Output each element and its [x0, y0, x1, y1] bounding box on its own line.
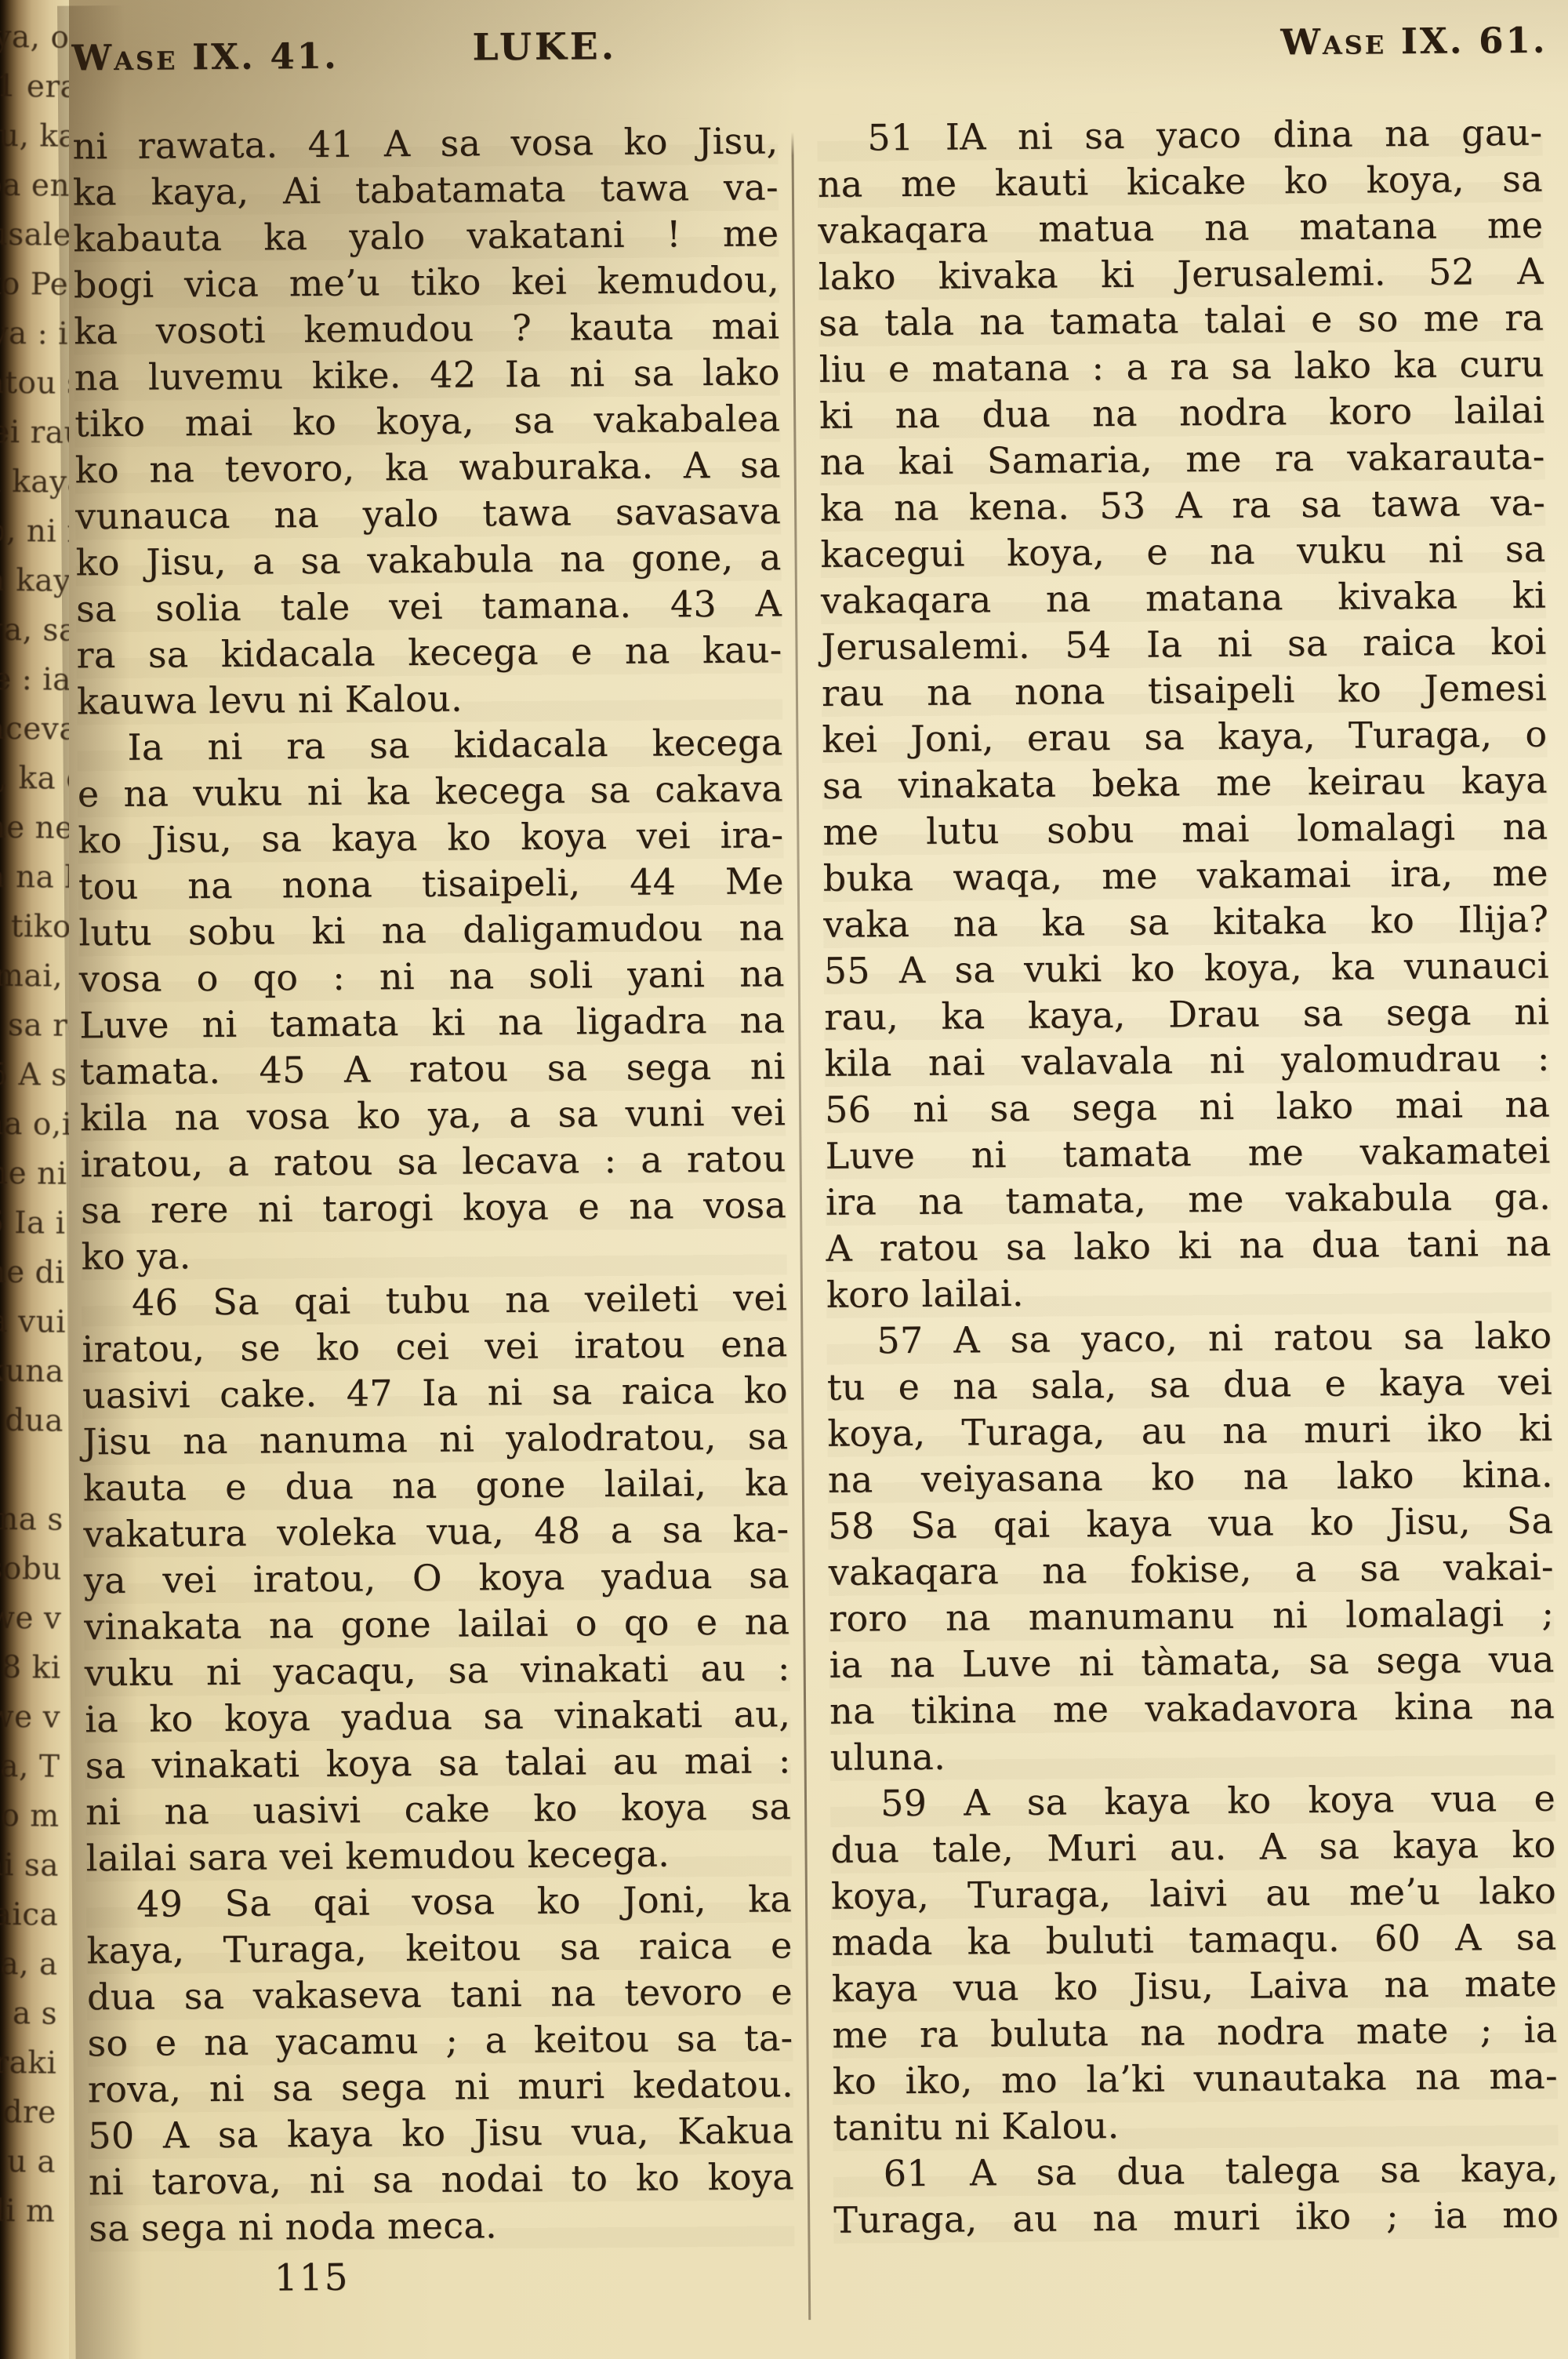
text-line: 61 A sa dua talega sa kaya, — [833, 2146, 1559, 2197]
gutter-fragment: raga, sa — [0, 605, 69, 656]
text-line: kei Joni, erau sa kaya, Turaga, o — [822, 711, 1547, 763]
gutter-fragment — [0, 1445, 64, 1496]
text-line: ni rawata. 41 A sa vosa ko Jisu, — [72, 118, 778, 169]
text-line: 59 A sa kaya ko koya vua e — [830, 1776, 1555, 1827]
text-line: ko na tevoro, ka waburaka. A sa — [74, 442, 780, 493]
text-line: Ia ni ra sa kidacala kecega — [77, 719, 782, 771]
text-line: ia na Luve ni tàmata, sa sega vua — [829, 1637, 1554, 1688]
text-line: ira na tamata, me vakabula ga. — [826, 1174, 1551, 1226]
gutter-fragment: ata kaya — [0, 456, 69, 507]
left-column: ni rawata. 41 A sa vosa ko Jisu,ka kaya,… — [72, 118, 794, 2252]
gutter-fragment: akacevace — [0, 703, 69, 754]
gutter-fragment: ai na o,i — [0, 1099, 67, 1150]
text-line: roro na manumanu ni lomalagi ; — [829, 1590, 1554, 1642]
gutter-fragment: o sobu — [0, 1543, 62, 1594]
gutter-fragment: eratou s — [0, 358, 69, 409]
text-line: ki na dua na nodra koro lailai — [819, 387, 1544, 439]
gutter-fragment: raica — [0, 1889, 59, 1940]
text-line: rau, ka kaya, Drau sa sega ni — [824, 989, 1549, 1041]
gutter-fragment: oya, a — [0, 1939, 58, 1990]
text-line: 46 Sa qai tubu na veileti vei — [82, 1274, 787, 1326]
text-line: ra sa kidacala kecega e na kau- — [76, 627, 782, 678]
adjacent-page-fragments: kaya, oi ra; 31 erauku, kaciba enaerusal… — [0, 12, 69, 2236]
text-line: kabauta ka yalo vakatani ! me — [73, 210, 779, 262]
text-line: na tikina me vakadavora kina na — [829, 1683, 1555, 1735]
text-line: vuku ni yacaqu, sa vinakati au : — [85, 1645, 790, 1696]
text-line: Luve ni tamata ki na ligadra na — [79, 997, 785, 1049]
gutter-fragment: uku, ka — [0, 111, 69, 162]
gutter-fragment: tou sa rere — [0, 1000, 68, 1051]
gutter-fragment: 36 Ia i — [0, 1198, 66, 1249]
gutter-fragment: a e dua — [0, 1395, 64, 1446]
column-divider — [791, 132, 811, 2320]
page-number: 115 — [274, 2256, 350, 2300]
gutter-fragment: a me nei — [0, 802, 69, 853]
text-line: Luve ni tamata me vakamatei — [825, 1128, 1550, 1179]
gutter-fragment: kaya, T — [0, 1741, 60, 1792]
gutter-fragment: raki — [0, 2037, 57, 2088]
gutter-fragment: osa tiko — [0, 901, 69, 952]
text-line: sa vinakata beka me keirau kaya — [822, 758, 1548, 809]
text-line: 58 Sa qai kaya vua ko Jisu, Sa — [828, 1498, 1553, 1550]
text-line: koya, Turaga, au na muri iko ki — [827, 1405, 1552, 1457]
text-line: vaka na ka sa kitaka ko Ilija? — [823, 896, 1548, 948]
gutter-fragment: e ko Pete — [0, 259, 69, 310]
gutter-fragment: tukuna — [0, 1346, 64, 1397]
page-content: Wase IX. 41. LUKE. Wase IX. 61. ni rawat… — [59, 0, 1568, 2359]
text-line: uluna. — [829, 1729, 1555, 1781]
text-line: kila nai valavala ni yalomudrau : — [824, 1035, 1549, 1087]
text-line: Jerusalemi. 54 Ia ni sa raica koi — [821, 619, 1546, 671]
gutter-fragment: 35 A s — [0, 1049, 67, 1100]
gutter-fragment: kune di — [0, 1247, 65, 1298]
text-line: kaya, Turaga, keitou sa raica e — [86, 1922, 792, 1974]
text-line: tanitu ni Kalou. — [833, 2099, 1558, 2151]
text-line: ni na uasivi cake ko koya sa — [85, 1783, 791, 1835]
text-line: kacegui koya, e na vuku ni sa — [820, 526, 1545, 578]
text-line: kauta e dua na gone lailai, ka — [83, 1459, 789, 1511]
text-line: e na vuku ni ka kecega sa cakava — [78, 765, 783, 817]
text-line: tamata. 45 A ratou sa sega ni — [79, 1043, 785, 1095]
text-line: kauwa levu ni Kalou. — [77, 673, 782, 725]
text-line: kila na vosa ko ya, a sa vuni vei — [80, 1089, 786, 1141]
text-line: 49 Sa qai vosa ko Joni, ka — [86, 1876, 792, 1928]
text-line: lailai sara vei kemudou kecega. — [85, 1830, 791, 1881]
text-line: koya, Turaga, laivi au me’u lako — [831, 1868, 1556, 1920]
text-line: tou na nona tisaipeli, 44 Me — [78, 858, 784, 910]
gutter-fragment: o e na s — [0, 1494, 63, 1545]
text-line: me ra buluta na nodra mate ; ia — [832, 2007, 1557, 2059]
gutter-fragment: lewe v — [0, 1692, 60, 1743]
text-line: na me kauti kicake ko koya, sa — [818, 156, 1543, 208]
text-line: ka na kena. 53 A ra sa tawa va- — [820, 480, 1545, 532]
gutter-fragment: eli m — [0, 2186, 56, 2237]
right-column: 51 IA ni sa yaco dina na gau-na me kauti… — [817, 110, 1559, 2244]
text-line: na luvemu kike. 42 Ia ni sa lako — [74, 349, 780, 401]
text-line: vakaqara na matana kivaka ki — [821, 572, 1546, 624]
text-line: me lutu sobu mai lomalagi na — [822, 804, 1548, 856]
text-line: ko iko, mo la’ki vunautaka na ma- — [833, 2053, 1558, 2105]
gutter-fragment: erusalemi — [0, 209, 69, 260]
text-line: so e na yacamu ; a keitou sa ta- — [87, 2015, 793, 2066]
text-line: tiko mai ko koya, sa vakabalea — [74, 395, 780, 447]
gutter-fragment: lewe v — [0, 1593, 62, 1644]
text-line: rau na nona tisaipeli ko Jemesi — [822, 665, 1547, 717]
gutter-fragment: ciba ena — [0, 160, 69, 211]
gutter-fragment: mu, ka d — [0, 753, 69, 804]
text-line: rova, ni sa sega ni muri kedatou. — [88, 2061, 793, 2113]
running-head: Wase IX. 41. LUKE. Wase IX. 61. — [59, 0, 1559, 100]
text-line: ko Jisu, sa kaya ko koya vei ira- — [78, 812, 783, 863]
text-line: ia ko koya yadua sa vinakati au, — [85, 1691, 790, 1743]
text-line: dua tale, Muri au. A sa kaya ko — [830, 1822, 1555, 1874]
text-line: ko ya. — [81, 1228, 786, 1280]
text-line: na veiyasana ko na lako kina. — [828, 1452, 1553, 1503]
running-head-center: LUKE. — [472, 25, 617, 69]
gutter-fragment: , kei rau — [0, 407, 69, 458]
text-line: bogi vica me’u tiko kei kemudou, — [74, 256, 779, 308]
gutter-fragment: aco, ni ra — [0, 506, 69, 557]
text-line: sa tala na tamata talai e so me ra — [818, 295, 1544, 347]
text-line: vinakata na gone lailai o qo e na — [84, 1598, 789, 1650]
text-line: lako kivaka ki Jerusalemi. 52 A — [818, 249, 1544, 300]
text-line: 56 ni sa sega ni lako mai na — [825, 1081, 1550, 1133]
gutter-fragment: mo m — [0, 1790, 60, 1841]
gutter-fragment: ko mai, h — [0, 951, 68, 1001]
text-line: dua sa vakaseva tani na tevoro e — [87, 1968, 793, 2020]
text-line: 57 A sa yaco, ni ratou sa lako — [826, 1313, 1552, 1365]
text-line: sa solia tale vei tamana. 43 A — [76, 580, 782, 632]
text-line: vosa o qo : ni na soli yani na — [79, 951, 785, 1002]
text-line: iratou, se ko cei vei iratou ena — [82, 1321, 787, 1372]
gutter-fragment: ni sa — [0, 1840, 59, 1891]
text-line: ni tarova, ni sa nodai to ko koya — [89, 2154, 794, 2205]
running-head-left: Wase IX. 41. — [71, 35, 339, 79]
gutter-fragment: , sa kaya — [0, 555, 69, 606]
gutter-edge: kaya, oi ra; 31 erauku, kaciba enaerusal… — [0, 0, 69, 2359]
gutter-fragment: kaya : ia — [0, 308, 69, 359]
text-line: buka waqa, me vakamai ira, me — [823, 850, 1548, 902]
text-line: iratou, a ratou sa lecava : a ratou — [80, 1136, 786, 1187]
text-line: tu e na sala, sa dua e kaya vei — [827, 1359, 1552, 1411]
gutter-fragment: Gone ni i — [0, 1148, 67, 1199]
text-line: kaya vua ko Jisu, Laiva na mate — [832, 1961, 1557, 2012]
text-line: 55 A sa vuki ko koya, ka vunauci — [824, 943, 1549, 994]
text-line: vunauca na yalo tawa savasava — [75, 488, 781, 540]
text-line: lutu sobu ki na daligamudou na — [78, 904, 784, 956]
gutter-fragment: u sa vui — [0, 1296, 65, 1347]
text-line: ko Jisu, a sa vakabula na gone, a — [75, 534, 781, 586]
text-line: mada ka buluti tamaqu. 60 A sa — [831, 1914, 1556, 1966]
text-line: ya vei iratou, O koya yadua sa — [84, 1552, 789, 1604]
gutter-fragment: kila na k — [0, 852, 69, 903]
text-line: Turaga, au na muri iko ; ia mo — [833, 2192, 1559, 2244]
text-line: koro lailai. — [826, 1267, 1552, 1318]
text-line: sa rere ni tarogi koya e na vosa — [81, 1182, 786, 1234]
text-line: ka vosoti kemudou ? kauta mai — [74, 303, 779, 354]
book-page: kaya, oi ra; 31 erauku, kaciba enaerusal… — [0, 0, 1568, 2359]
text-line: ka kaya, Ai tabatamata tawa va- — [73, 164, 779, 216]
gutter-fragment: u a — [0, 2136, 56, 2187]
text-line: vakatura voleka vua, 48 a sa ka- — [83, 1506, 789, 1558]
text-line: liu e matana : a ra sa lako ka curu — [818, 341, 1544, 393]
text-line: vakaqara na fokise, a sa vakai- — [829, 1544, 1554, 1596]
text-line: uasivi cake. 47 Ia ni sa raica ko — [82, 1367, 788, 1419]
text-line: vakaqara matua na matana me — [818, 202, 1543, 254]
text-line: sa sega ni noda meca. — [89, 2200, 794, 2252]
text-line: Jisu na nanuma ni yalodratou, sa — [82, 1413, 788, 1465]
text-line: sa vinakati koya sa talai au mai : — [85, 1737, 790, 1789]
gutter-fragment: eke : ia — [0, 654, 69, 705]
gutter-fragment: ; a s — [0, 1988, 57, 2039]
text-line: 51 IA ni sa yaco dina na gau- — [817, 110, 1542, 162]
gutter-fragment: 38 ki — [0, 1642, 61, 1693]
text-line: 50 A sa kaya ko Jisu vua, Kakua — [88, 2107, 793, 2159]
running-head-right: Wase IX. 61. — [1280, 20, 1548, 64]
text-line: na kai Samaria, me ra vakarauta- — [819, 434, 1544, 485]
gutter-fragment: dre — [0, 2087, 56, 2138]
text-line: A ratou sa lako ki na dua tani na — [826, 1220, 1551, 1272]
